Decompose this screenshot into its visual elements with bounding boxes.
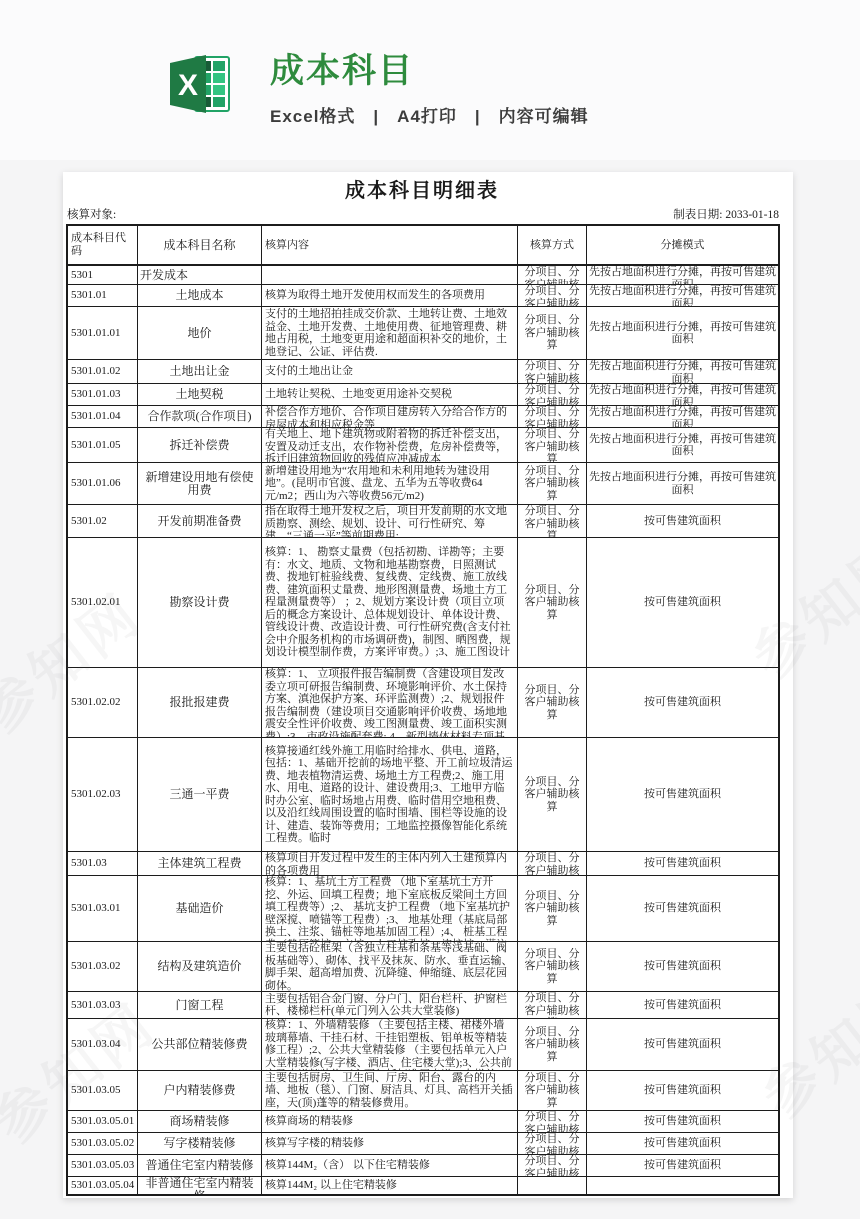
cell-mode: 按可售建筑面积	[587, 876, 778, 941]
cell-mode: 按可售建筑面积	[587, 852, 778, 875]
hero-banner: X 成本科目 Excel格式 | A4打印 | 内容可编辑	[0, 0, 860, 160]
cell-mode: 先按占地面积进行分摊，再按可售建筑面积	[587, 307, 778, 359]
column-header-content: 核算内容	[262, 226, 518, 264]
cell-method: 分项目、分客户辅助核算	[518, 538, 587, 667]
cell-method: 分项目、分客户辅助核算	[518, 285, 587, 306]
cell-mode	[587, 1177, 778, 1194]
cell-name: 门窗工程	[138, 992, 262, 1018]
cell-code: 5301.03.04	[68, 1019, 138, 1070]
cell-name: 土地契税	[138, 384, 262, 405]
cell-name: 基础造价	[138, 876, 262, 941]
meta-row: 核算对象: 制表日期: 2033-01-18	[67, 208, 779, 222]
table-row: 5301 开发成本 分项目、分客户辅助核算 先按占地面积进行分摊，再按可售建筑面…	[68, 266, 778, 285]
cell-content: 核算144M₂（含） 以下住宅精装修	[262, 1155, 518, 1176]
cell-mode: 按可售建筑面积	[587, 738, 778, 851]
cell-content: 主要包括砼框架（含独立柱基和条基等浅基础、阀板基础等）、砌体、找平及抹灰、防水、…	[262, 942, 518, 991]
cell-method: 分项目、分客户辅助核算	[518, 668, 587, 737]
cell-mode: 按可售建筑面积	[587, 942, 778, 991]
cell-name: 报批报建费	[138, 668, 262, 737]
cell-code: 5301	[68, 266, 138, 284]
cell-name: 开发前期准备费	[138, 505, 262, 537]
cell-method: 分项目、分客户辅助核算	[518, 463, 587, 504]
cell-content: 核算为取得土地开发使用权而发生的各项费用	[262, 285, 518, 306]
cell-name: 合作款项(合作项目)	[138, 406, 262, 427]
cell-name: 普通住宅室内精装修	[138, 1155, 262, 1176]
cell-content: 核算：1、外墙精装修 （主要包括主楼、裙楼外墙玻璃幕墙、干挂石材、干挂铝塑板、铝…	[262, 1019, 518, 1070]
cell-method: 分项目、分客户辅助核算	[518, 307, 587, 359]
cell-name: 结构及建筑造价	[138, 942, 262, 991]
cell-content: 有关地上、地下建筑物或附着物的拆迁补偿支出，安置及动迁支出，农作物补偿费，危房补…	[262, 428, 518, 462]
cell-mode: 按可售建筑面积	[587, 1019, 778, 1070]
cell-method: 分项目、分客户辅助核算	[518, 428, 587, 462]
cell-name: 公共部位精装修费	[138, 1019, 262, 1070]
cell-code: 5301.03.05.01	[68, 1111, 138, 1132]
cell-mode: 先按占地面积进行分摊，再按可售建筑面积	[587, 285, 778, 306]
cell-code: 5301.01.03	[68, 384, 138, 405]
cell-content: 支付的土地招拍挂成交价款、土地转让费、土地效益金、土地开发费、土地使用费、征地管…	[262, 307, 518, 359]
table-row: 5301.01.03 土地契税 土地转让契税、土地变更用途补交契税 分项目、分客…	[68, 384, 778, 406]
cell-content: 核算项目开发过程中发生的主体内列入土建预算内的各项费用	[262, 852, 518, 875]
table-row: 5301.03.02 结构及建筑造价 主要包括砼框架（含独立柱基和条基等浅基础、…	[68, 942, 778, 992]
cell-code: 5301.03.05	[68, 1071, 138, 1110]
cell-content: 新增建设用地为“农用地和未利用地转为建设用地”。(昆明市官渡、盘龙、五华为五等收…	[262, 463, 518, 504]
table-row: 5301.03.05.01 商场精装修 核算商场的精装修 分项目、分客户辅助核算…	[68, 1111, 778, 1133]
cell-mode: 先按占地面积进行分摊，再按可售建筑面积	[587, 463, 778, 504]
column-header-mode: 分摊模式	[587, 226, 778, 264]
cell-method: 分项目、分客户辅助核算	[518, 1155, 587, 1176]
cell-method: 分项目、分客户辅助核算	[518, 266, 587, 284]
cell-method: 分项目、分客户辅助核算	[518, 1019, 587, 1070]
cell-method: 分项目、分客户辅助核算	[518, 360, 587, 383]
cell-code: 5301.03.05.02	[68, 1133, 138, 1154]
cell-code: 5301.02	[68, 505, 138, 537]
cell-method: 分项目、分客户辅助核算	[518, 852, 587, 875]
cell-content: 支付的土地出让金	[262, 360, 518, 383]
cell-mode: 按可售建筑面积	[587, 538, 778, 667]
cell-method: 分项目、分客户辅助核算	[518, 505, 587, 537]
cell-code: 5301.03.05.04	[68, 1177, 138, 1194]
table-body: 5301 开发成本 分项目、分客户辅助核算 先按占地面积进行分摊，再按可售建筑面…	[68, 266, 778, 1194]
table-row: 5301.01.05 拆迁补偿费 有关地上、地下建筑物或附着物的拆迁补偿支出，安…	[68, 428, 778, 463]
cell-name: 拆迁补偿费	[138, 428, 262, 462]
cell-mode: 先按占地面积进行分摊，再按可售建筑面积	[587, 360, 778, 383]
sheet-title: 成本科目明细表	[65, 178, 779, 204]
cell-name: 土地成本	[138, 285, 262, 306]
table-row: 5301.01.04 合作款项(合作项目) 补偿合作方地价、合作项目建房转入分给…	[68, 406, 778, 428]
cell-mode: 按可售建筑面积	[587, 992, 778, 1018]
page-subtitle: Excel格式 | A4打印 | 内容可编辑	[270, 102, 589, 127]
cell-code: 5301.03.03	[68, 992, 138, 1018]
meta-date: 制表日期: 2033-01-18	[673, 208, 779, 222]
cell-content: 核算144M₂ 以上住宅精装修	[262, 1177, 518, 1194]
cell-content: 核算：1、 勘察丈量费（包括初勘、详勘等；主要有：水文、地质、文物和地基勘察费，…	[262, 538, 518, 667]
table-row: 5301.03.01 基础造价 核算：1、基坑土方工程费 （地下室基坑土方开挖、…	[68, 876, 778, 942]
table-row: 5301.03 主体建筑工程费 核算项目开发过程中发生的主体内列入土建预算内的各…	[68, 852, 778, 876]
cell-mode: 按可售建筑面积	[587, 668, 778, 737]
cell-method: 分项目、分客户辅助核算	[518, 942, 587, 991]
column-header-method: 核算方式	[518, 226, 587, 264]
cell-code: 5301.01.01	[68, 307, 138, 359]
cell-name: 户内精装修费	[138, 1071, 262, 1110]
cell-content: 指在取得土地开发权之后，项目开发前期的水文地质勘察、测绘、规划、设计、可行性研究…	[262, 505, 518, 537]
cell-code: 5301.02.03	[68, 738, 138, 851]
cell-content: 主要包括铝合金门窗、分户门、阳台栏杆、护窗栏杆、楼梯栏杆(单元门列入公共大堂装修…	[262, 992, 518, 1018]
cell-code: 5301.02.01	[68, 538, 138, 667]
cell-name: 地价	[138, 307, 262, 359]
cell-name: 商场精装修	[138, 1111, 262, 1132]
table-row: 5301.01 土地成本 核算为取得土地开发使用权而发生的各项费用 分项目、分客…	[68, 285, 778, 307]
cost-subject-table: 成本科目代码 成本科目名称 核算内容 核算方式 分摊模式 5301 开发成本 分…	[66, 224, 780, 1196]
cell-mode: 先按占地面积进行分摊，再按可售建筑面积	[587, 384, 778, 405]
table-row: 5301.03.05.02 写字楼精装修 核算写字楼的精装修 分项目、分客户辅助…	[68, 1133, 778, 1155]
table-header-row: 成本科目代码 成本科目名称 核算内容 核算方式 分摊模式	[68, 226, 778, 266]
cell-mode: 按可售建筑面积	[587, 1133, 778, 1154]
cell-method: 分项目、分客户辅助核算	[518, 992, 587, 1018]
excel-icon: X	[168, 52, 232, 116]
cell-name: 写字楼精装修	[138, 1133, 262, 1154]
cell-content	[262, 266, 518, 284]
cell-name: 主体建筑工程费	[138, 852, 262, 875]
table-row: 5301.03.03 门窗工程 主要包括铝合金门窗、分户门、阳台栏杆、护窗栏杆、…	[68, 992, 778, 1019]
meta-accounting-object: 核算对象:	[67, 208, 116, 222]
cell-code: 5301.01	[68, 285, 138, 306]
table-row: 5301.02.01 勘察设计费 核算：1、 勘察丈量费（包括初勘、详勘等；主要…	[68, 538, 778, 668]
page-title: 成本科目	[270, 52, 589, 90]
cell-method	[518, 1177, 587, 1194]
cell-method: 分项目、分客户辅助核算	[518, 1111, 587, 1132]
cell-mode: 按可售建筑面积	[587, 1111, 778, 1132]
cell-mode: 先按占地面积进行分摊，再按可售建筑面积	[587, 406, 778, 427]
table-row: 5301.03.04 公共部位精装修费 核算：1、外墙精装修 （主要包括主楼、裙…	[68, 1019, 778, 1071]
cell-method: 分项目、分客户辅助核算	[518, 406, 587, 427]
table-row: 5301.03.05.03 普通住宅室内精装修 核算144M₂（含） 以下住宅精…	[68, 1155, 778, 1177]
cell-code: 5301.03	[68, 852, 138, 875]
cell-content: 核算商场的精装修	[262, 1111, 518, 1132]
cell-content: 核算接通红线外施工用临时给排水、供电、道路，包括：1、基础开挖前的场地平整、开工…	[262, 738, 518, 851]
cell-content: 补偿合作方地价、合作项目建房转入分给合作方的房屋成本和相应税金等	[262, 406, 518, 427]
cell-name: 非普通住宅室内精装修	[138, 1177, 262, 1194]
cell-code: 5301.01.02	[68, 360, 138, 383]
table-row: 5301.02.02 报批报建费 核算：1、 立项报件报告编制费（含建设项目发改…	[68, 668, 778, 738]
table-row: 5301.03.05 户内精装修费 主要包括厨房、卫生间、厅房、阳台、露台的内墙…	[68, 1071, 778, 1111]
cell-mode: 先按占地面积进行分摊，再按可售建筑面积	[587, 266, 778, 284]
cell-code: 5301.02.02	[68, 668, 138, 737]
cell-content: 主要包括厨房、卫生间、厅房、阳台、露台的内墙、地板（毯）、门窗、厨洁具、灯具、高…	[262, 1071, 518, 1110]
cell-method: 分项目、分客户辅助核算	[518, 876, 587, 941]
cell-mode: 按可售建筑面积	[587, 505, 778, 537]
cell-content: 核算写字楼的精装修	[262, 1133, 518, 1154]
cell-method: 分项目、分客户辅助核算	[518, 1071, 587, 1110]
cell-content: 核算：1、基坑土方工程费 （地下室基坑土方开挖、外运、回填工程费；地下室底板反梁…	[262, 876, 518, 941]
cell-code: 5301.01.06	[68, 463, 138, 504]
cell-code: 5301.03.05.03	[68, 1155, 138, 1176]
cell-method: 分项目、分客户辅助核算	[518, 738, 587, 851]
table-row: 5301.01.02 土地出让金 支付的土地出让金 分项目、分客户辅助核算 先按…	[68, 360, 778, 384]
cell-name: 勘察设计费	[138, 538, 262, 667]
cell-mode: 按可售建筑面积	[587, 1071, 778, 1110]
cell-name: 新增建设用地有偿使用费	[138, 463, 262, 504]
cell-method: 分项目、分客户辅助核算	[518, 1133, 587, 1154]
cell-code: 5301.01.04	[68, 406, 138, 427]
svg-text:X: X	[178, 69, 198, 102]
cell-code: 5301.03.02	[68, 942, 138, 991]
cell-content: 土地转让契税、土地变更用途补交契税	[262, 384, 518, 405]
column-header-name: 成本科目名称	[138, 226, 262, 264]
cell-mode: 先按占地面积进行分摊，再按可售建筑面积	[587, 428, 778, 462]
cell-code: 5301.01.05	[68, 428, 138, 462]
table-row: 5301.01.01 地价 支付的土地招拍挂成交价款、土地转让费、土地效益金、土…	[68, 307, 778, 360]
table-row: 5301.02 开发前期准备费 指在取得土地开发权之后，项目开发前期的水文地质勘…	[68, 505, 778, 538]
table-row: 5301.01.06 新增建设用地有偿使用费 新增建设用地为“农用地和未利用地转…	[68, 463, 778, 505]
table-row: 5301.03.05.04 非普通住宅室内精装修 核算144M₂ 以上住宅精装修	[68, 1177, 778, 1194]
cell-code: 5301.03.01	[68, 876, 138, 941]
table-row: 5301.02.03 三通一平费 核算接通红线外施工用临时给排水、供电、道路，包…	[68, 738, 778, 852]
cell-mode: 按可售建筑面积	[587, 1155, 778, 1176]
cell-name: 三通一平费	[138, 738, 262, 851]
cell-name: 土地出让金	[138, 360, 262, 383]
cell-content: 核算：1、 立项报件报告编制费（含建设项目发改委立项可研报告编制费、环境影响评价…	[262, 668, 518, 737]
cell-name: 开发成本	[138, 266, 262, 284]
document-page: 成本科目明细表 核算对象: 制表日期: 2033-01-18 成本科目代码 成本…	[63, 172, 793, 1198]
cell-method: 分项目、分客户辅助核算	[518, 384, 587, 405]
column-header-code: 成本科目代码	[68, 226, 138, 264]
